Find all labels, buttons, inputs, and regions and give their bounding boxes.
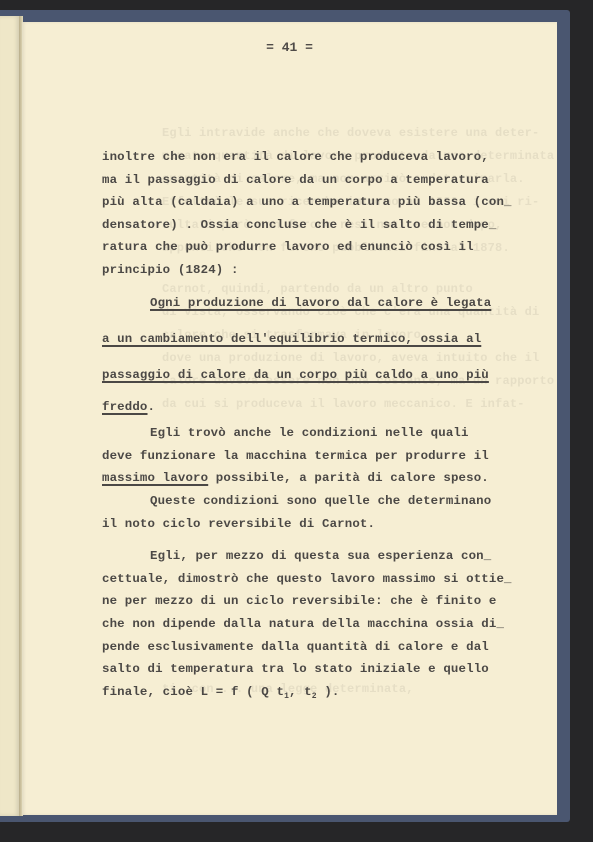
text-line: passaggio di calore da un corpo più cald… bbox=[102, 360, 482, 396]
text-line: ne per mezzo di un ciclo reversibile: ch… bbox=[102, 590, 482, 613]
underlined-text: a un cambiamento dell'equilibrio termico… bbox=[102, 332, 481, 346]
underlined-text: passaggio di calore da un corpo più cald… bbox=[102, 368, 489, 382]
underlined-text: freddo bbox=[102, 400, 148, 414]
text-line: Egli, per mezzo di questa sua esperienza… bbox=[102, 545, 482, 568]
document-page: Egli intravide anche che doveva esistere… bbox=[22, 22, 557, 815]
text-line: che non dipende dalla natura della macch… bbox=[102, 613, 482, 636]
paragraph-1: inoltre che non era il calore che produc… bbox=[102, 146, 482, 282]
page-number: = 41 = bbox=[22, 40, 557, 55]
text-line: Egli trovò anche le condizioni nelle qua… bbox=[102, 422, 482, 445]
formula-line: finale, cioè L = f ( Q t1, t2 ). bbox=[102, 681, 482, 704]
formula-text: finale, cioè L = f ( Q t bbox=[102, 685, 284, 699]
text-line: deve funzionare la macchina termica per … bbox=[102, 445, 482, 468]
paragraph-2: Egli trovò anche le condizioni nelle qua… bbox=[102, 422, 482, 490]
text-line: inoltre che non era il calore che produc… bbox=[102, 146, 482, 169]
text-span: possibile, a parità di calore speso. bbox=[208, 471, 489, 485]
formula-text: , t bbox=[289, 685, 312, 699]
bleed-line: Egli intravide anche che doveva esistere… bbox=[162, 126, 539, 140]
text-line: massimo lavoro possibile, a parità di ca… bbox=[102, 467, 482, 490]
text-line: salto di temperatura tra lo stato inizia… bbox=[102, 658, 482, 681]
text-line: cettuale, dimostrò che questo lavoro mas… bbox=[102, 568, 482, 591]
text-line: freddo. bbox=[102, 396, 482, 419]
text-line: a un cambiamento dell'equilibrio termico… bbox=[102, 324, 482, 360]
underlined-text: massimo lavoro bbox=[102, 471, 208, 485]
formula-text: ). bbox=[317, 685, 340, 699]
punctuation: . bbox=[148, 400, 156, 414]
text-line: Queste condizioni sono quelle che determ… bbox=[102, 490, 482, 513]
principle-quote: Ogni produzione di lavoro dal calore è l… bbox=[102, 288, 482, 419]
text-line: densatore) . Ossia concluse che è il sal… bbox=[102, 214, 482, 237]
paragraph-4: Egli, per mezzo di questa sua esperienza… bbox=[102, 545, 482, 703]
underlined-text: Ogni produzione di lavoro dal calore è l… bbox=[150, 296, 491, 310]
text-line: pende esclusivamente dalla quantità di c… bbox=[102, 636, 482, 659]
text-line: più alta (caldaia) a uno a temperatura p… bbox=[102, 191, 482, 214]
paragraph-3: Queste condizioni sono quelle che determ… bbox=[102, 490, 482, 535]
text-line: ma il passaggio di calore da un corpo a … bbox=[102, 169, 482, 192]
text-line: ratura che può produrre lavoro ed enunci… bbox=[102, 236, 482, 259]
text-line: il noto ciclo reversibile di Carnot. bbox=[102, 513, 482, 536]
text-line: Ogni produzione di lavoro dal calore è l… bbox=[102, 288, 482, 324]
text-line: principio (1824) : bbox=[102, 259, 482, 282]
previous-page-edge bbox=[0, 16, 20, 816]
body-text: inoltre che non era il calore che produc… bbox=[102, 146, 482, 703]
